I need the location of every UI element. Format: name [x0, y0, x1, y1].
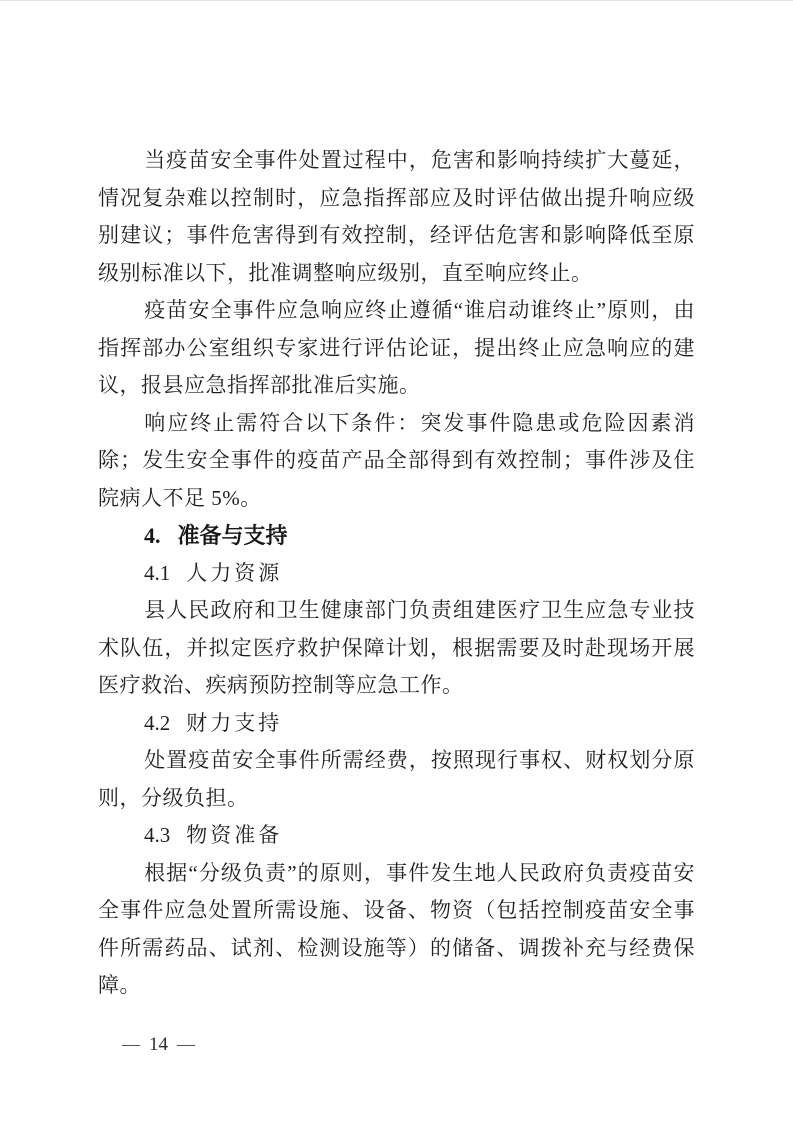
subsection-heading-4-1: 4.1人力资源 [98, 555, 695, 593]
page-number: 14 [149, 1034, 168, 1056]
subsection-4-1-number: 4.1 [144, 561, 170, 585]
paragraph-response-termination-principle: 疫苗安全事件应急响应终止遵循“谁启动谁终止”原则，由指挥部办公室组织专家进行评估… [98, 292, 695, 405]
paragraph-termination-conditions: 响应终止需符合以下条件：突发事件隐患或危险因素消除；发生安全事件的疫苗产品全部得… [98, 405, 695, 518]
paragraph-material-preparation: 根据“分级负责”的原则，事件发生地人民政府负责疫苗安全事件应急处置所需设施、设备… [98, 855, 695, 1005]
document-body: 当疫苗安全事件处置过程中，危害和影响持续扩大蔓延，情况复杂难以控制时，应急指挥部… [98, 142, 695, 1005]
subsection-4-3-title: 物资准备 [186, 823, 282, 847]
paragraph-response-level-adjustment: 当疫苗安全事件处置过程中，危害和影响持续扩大蔓延，情况复杂难以控制时，应急指挥部… [98, 142, 695, 292]
subsection-4-2-title: 财力支持 [186, 711, 282, 735]
subsection-heading-4-2: 4.2财力支持 [98, 705, 695, 743]
paragraph-financial-support: 处置疫苗安全事件所需经费，按照现行事权、财权划分原则，分级负担。 [98, 742, 695, 817]
page-footer: — 14 — [122, 1032, 195, 1058]
subsection-4-3-number: 4.3 [144, 823, 170, 847]
section-4-title: 准备与支持 [178, 523, 288, 548]
paragraph-human-resources: 县人民政府和卫生健康部门负责组建医疗卫生应急专业技术队伍，并拟定医疗救护保障计划… [98, 592, 695, 705]
subsection-4-2-number: 4.2 [144, 711, 170, 735]
section-heading-4: 4.准备与支持 [98, 517, 695, 555]
section-4-number: 4. [144, 523, 161, 548]
subsection-heading-4-3: 4.3物资准备 [98, 817, 695, 855]
subsection-4-1-title: 人力资源 [186, 561, 282, 585]
document-page: 当疫苗安全事件处置过程中，危害和影响持续扩大蔓延，情况复杂难以控制时，应急指挥部… [0, 0, 793, 1122]
footer-dash-left: — [122, 1034, 140, 1055]
footer-dash-right: — [177, 1034, 195, 1055]
